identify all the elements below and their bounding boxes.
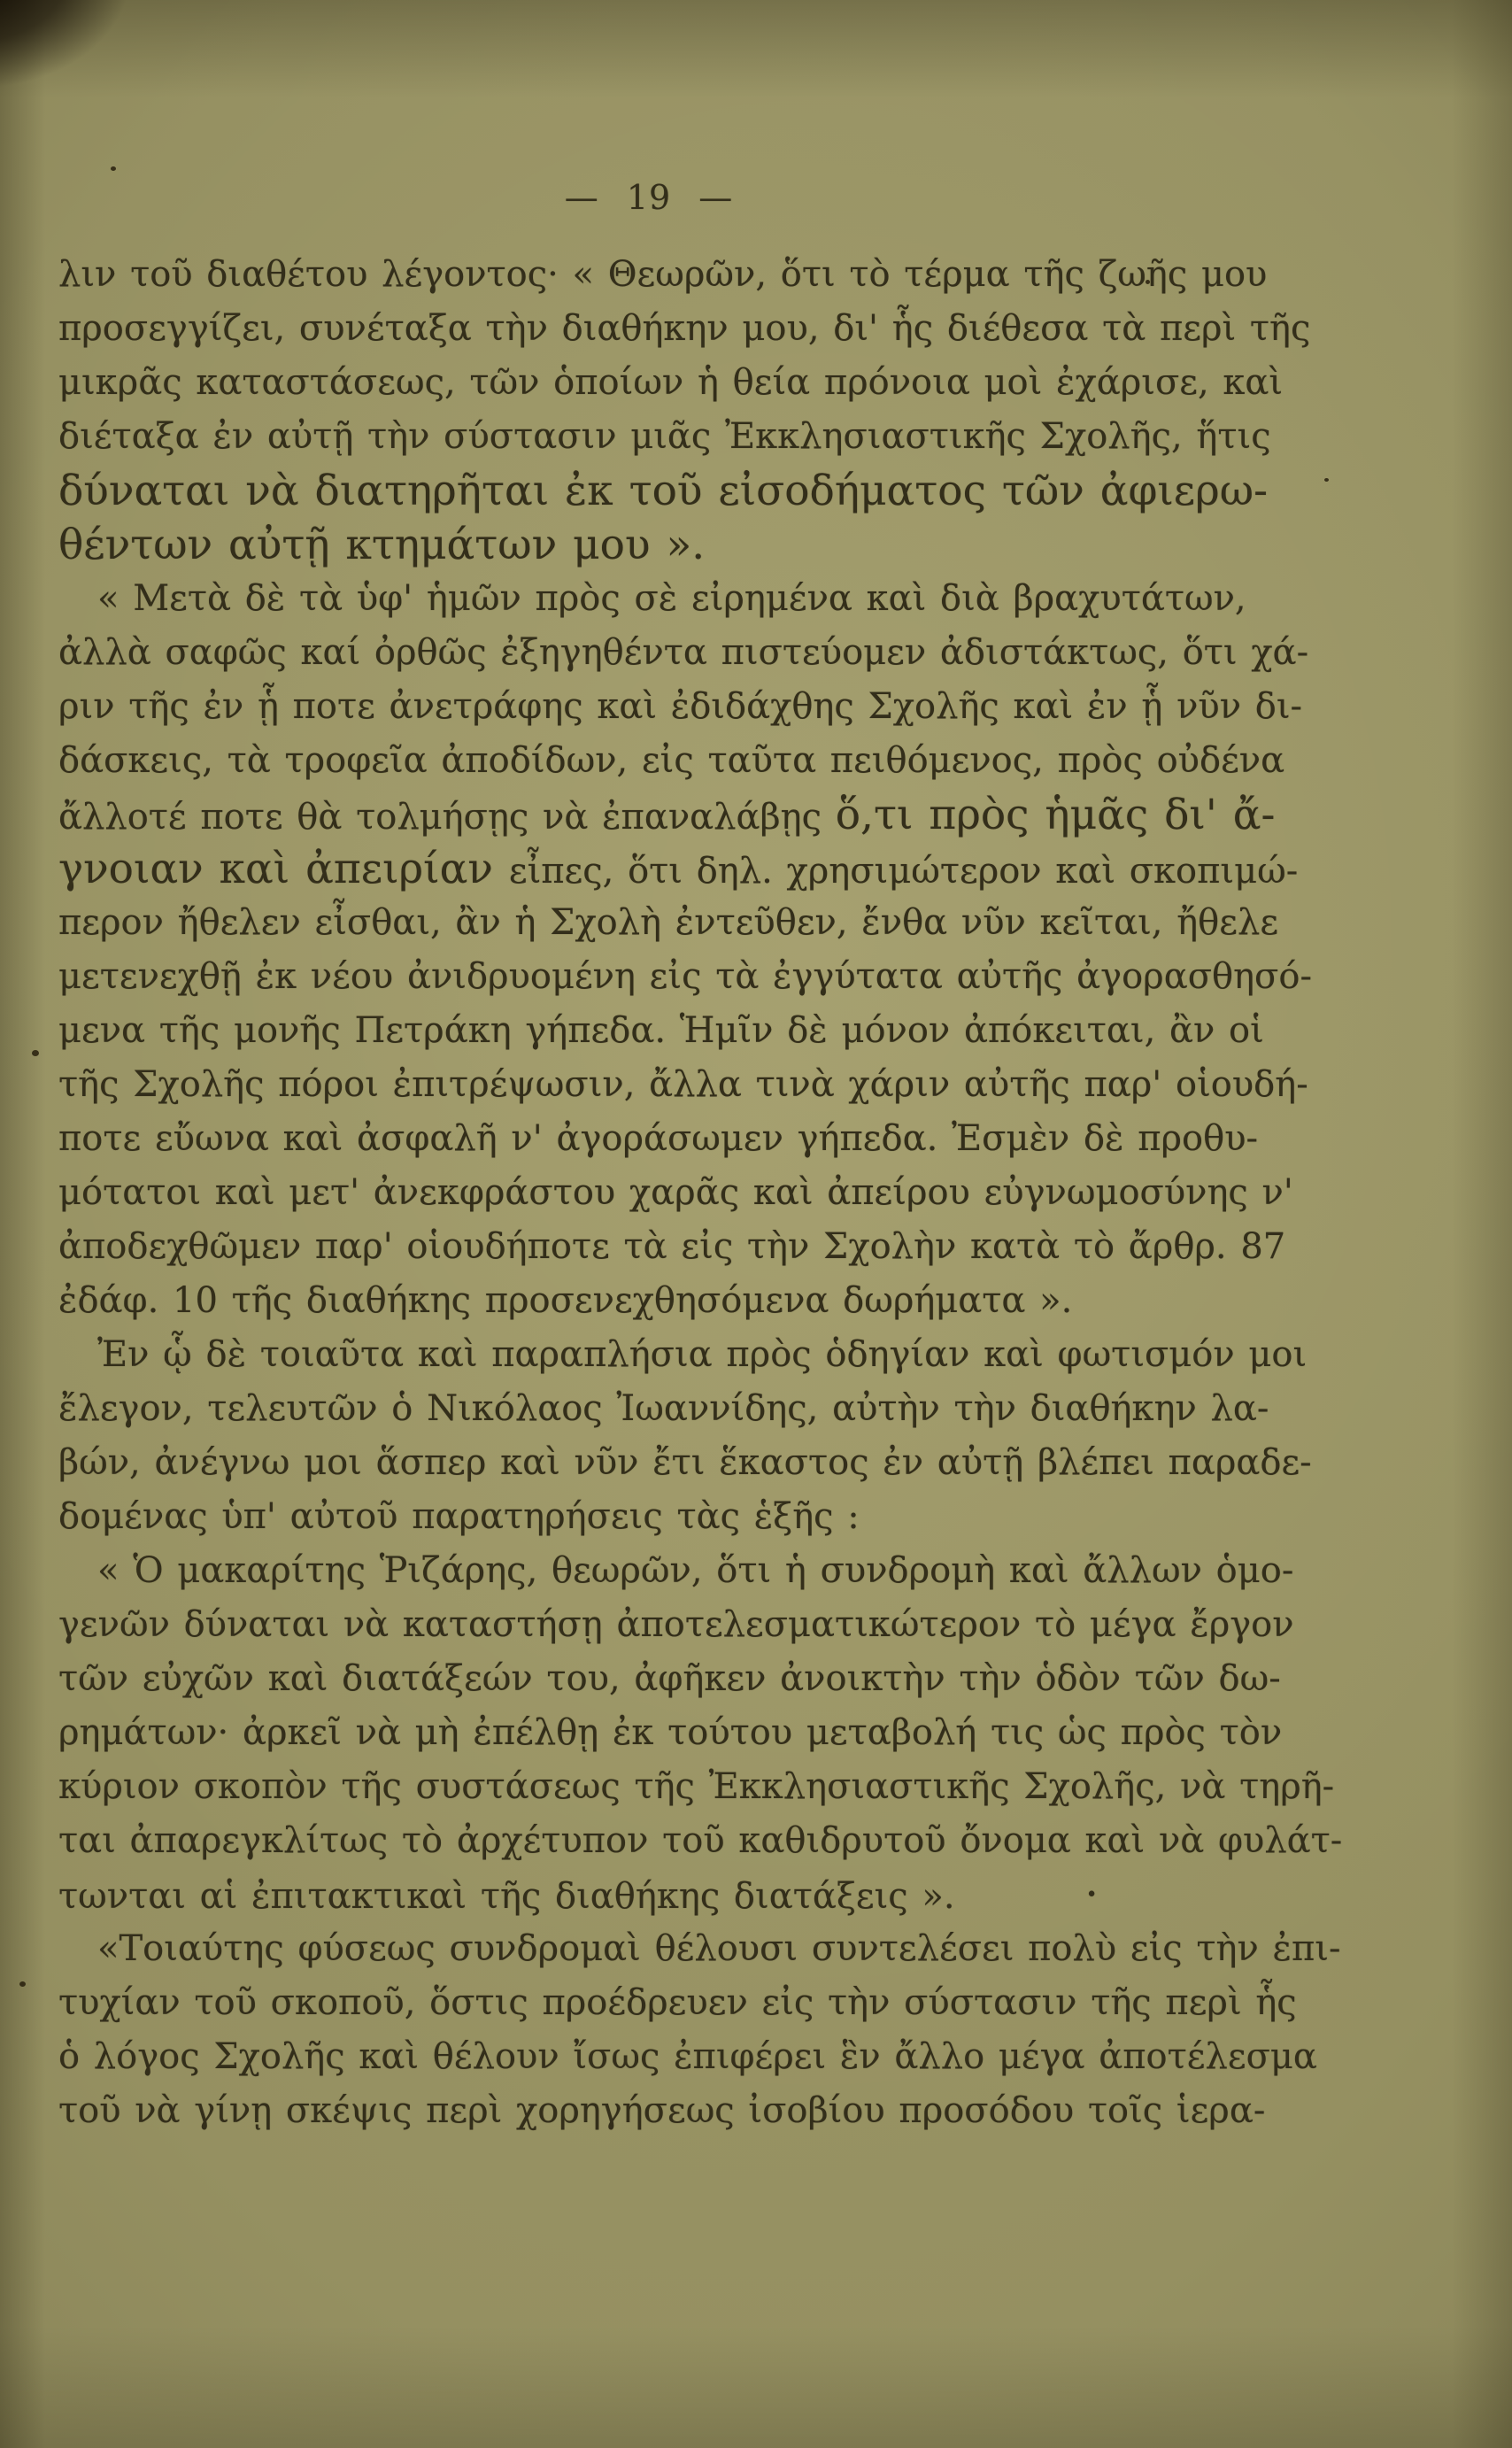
text-line: μικρᾶς καταστάσεως, τῶν ὁποίων ἡ θεία πρ… <box>58 356 1239 410</box>
text-line: «Τοιαύτης φύσεως συνδρομαὶ θέλουσι συντε… <box>58 1922 1239 1976</box>
text-segment: ἀποδεχθῶμεν παρ' οἱουδήποτε τὰ εἰς τὴν Σ… <box>58 1226 1285 1267</box>
text-segment: ἀλλὰ σαφῶς καί ὀρθῶς ἐξηγηθέντα πιστεύομ… <box>58 632 1308 673</box>
text-segment: γνοιαν καὶ ἀπειρίαν <box>58 845 509 893</box>
scan-speck <box>1324 478 1329 482</box>
text-segment: μετενεχθῇ ἐκ νέου ἀνιδρυομένη εἰς τὰ ἐγγ… <box>58 956 1312 997</box>
text-segment: προσεγγίζει, συνέταξα τὴν διαθήκην μου, … <box>58 308 1310 349</box>
text-segment: ἄλλοτέ ποτε θὰ τολμήσῃς νὰ ἐπαναλάβῃς <box>58 797 836 838</box>
scan-speck <box>32 1050 39 1056</box>
text-line: κύριον σκοπὸν τῆς συστάσεως τῆς Ἐκκλησια… <box>58 1760 1239 1814</box>
text-segment: « Ὁ μακαρίτης Ῥιζάρης, θεωρῶν, ὅτι ἡ συν… <box>97 1550 1293 1591</box>
text-line: τοῦ νὰ γίνῃ σκέψις περὶ χορηγήσεως ἰσοβί… <box>58 2084 1239 2138</box>
text-line: βών, ἀνέγνω μοι ἅσπερ καὶ νῦν ἔτι ἕκαστο… <box>58 1436 1239 1490</box>
text-segment: κύριον σκοπὸν τῆς συστάσεως τῆς Ἐκκλησια… <box>58 1766 1334 1807</box>
text-segment: τῆς Σχολῆς πόροι ἐπιτρέψωσιν, ἄλλα τινὰ … <box>58 1064 1308 1105</box>
text-line: δομένας ὑπ' αὐτοῦ παρατηρήσεις τὰς ἑξῆς … <box>58 1490 1239 1544</box>
text-segment: τωνται αἱ ἐπιτακτικαὶ τῆς διαθήκης διατά… <box>58 1876 955 1917</box>
text-line: ἀποδεχθῶμεν παρ' οἱουδήποτε τὰ εἰς τὴν Σ… <box>58 1220 1239 1274</box>
text-segment: Ἐν ᾧ δὲ τοιαῦτα καὶ παραπλήσια πρὸς ὁδηγ… <box>97 1334 1307 1375</box>
text-segment: δομένας ὑπ' αὐτοῦ παρατηρήσεις τὰς ἑξῆς … <box>58 1496 860 1537</box>
text-segment: διέταξα ἐν αὐτῇ τὴν σύστασιν μιᾶς Ἐκκλησ… <box>58 416 1271 457</box>
text-segment: « Μετὰ δὲ τὰ ὑφ' ἡμῶν πρὸς σὲ εἰρημένα κ… <box>97 578 1246 619</box>
text-segment: μότατοι καὶ μετ' ἀνεκφράστου χαρᾶς καὶ ἀ… <box>58 1172 1293 1213</box>
page-number-header: — 19 — <box>58 180 1239 215</box>
text-segment: ὅ,τι πρὸς ἡμᾶς δι' ἄ- <box>836 791 1276 839</box>
scan-speck <box>19 1981 26 1987</box>
text-segment: μικρᾶς καταστάσεως, τῶν ὁποίων ἡ θεία πρ… <box>58 362 1283 403</box>
text-line: προσεγγίζει, συνέταξα τὴν διαθήκην μου, … <box>58 302 1239 356</box>
text-line: τωνται αἱ ἐπιτακτικαὶ τῆς διαθήκης διατά… <box>58 1868 1239 1922</box>
text-segment: εἶπες, ὅτι δηλ. χρησιμώτερον καὶ σκοπιμώ… <box>509 851 1298 892</box>
text-segment: ὁ λόγος Σχολῆς καὶ θέλουν ἴσως ἐπιφέρει … <box>58 2036 1317 2077</box>
text-line: μότατοι καὶ μετ' ἀνεκφράστου χαρᾶς καὶ ἀ… <box>58 1166 1239 1220</box>
text-segment: μενα τῆς μονῆς Πετράκη γήπεδα. Ἡμῖν δὲ μ… <box>58 1010 1264 1051</box>
text-line: διέταξα ἐν αὐτῇ τὴν σύστασιν μιᾶς Ἐκκλησ… <box>58 410 1239 464</box>
text-line: μενα τῆς μονῆς Πετράκη γήπεδα. Ἡμῖν δὲ μ… <box>58 1004 1239 1058</box>
text-segment: δύναται νὰ διατηρῆται ἐκ τοῦ εἰσοδήματος… <box>58 467 1268 515</box>
text-segment: τυχίαν τοῦ σκοποῦ, ὅστις προέδρευεν εἰς … <box>58 1982 1297 2023</box>
text-line: γενῶν δύναται νὰ καταστήσῃ ἀποτελεσματικ… <box>58 1598 1239 1652</box>
text-line: ἔλεγον, τελευτῶν ὁ Νικόλαος Ἰωαννίδης, α… <box>58 1382 1239 1436</box>
text-line: Ἐν ᾧ δὲ τοιαῦτα καὶ παραπλήσια πρὸς ὁδηγ… <box>58 1328 1239 1382</box>
scan-speck <box>1146 280 1150 284</box>
text-segment: τοῦ νὰ γίνῃ σκέψις περὶ χορηγήσεως ἰσοβί… <box>58 2090 1265 2131</box>
text-line: δύναται νὰ διατηρῆται ἐκ τοῦ εἰσοδήματος… <box>58 464 1239 518</box>
text-line: ἄλλοτέ ποτε θὰ τολμήσῃς νὰ ἐπαναλάβῃς ὅ,… <box>58 788 1239 842</box>
separator-dot: • <box>1086 1884 1098 1906</box>
text-segment: ἔλεγον, τελευτῶν ὁ Νικόλαος Ἰωαννίδης, α… <box>58 1388 1269 1429</box>
text-line: « Μετὰ δὲ τὰ ὑφ' ἡμῶν πρὸς σὲ εἰρημένα κ… <box>58 572 1239 626</box>
text-line: ριν τῆς ἐν ᾗ ποτε ἀνετράφης καὶ ἐδιδάχθη… <box>58 680 1239 734</box>
text-segment: περον ἤθελεν εἶσθαι, ἂν ἡ Σχολὴ ἐντεῦθεν… <box>58 902 1278 943</box>
text-line: ται ἀπαρεγκλίτως τὸ ἀρχέτυπον τοῦ καθιδρ… <box>58 1814 1239 1868</box>
text-line: θέντων αὐτῇ κτημάτων μου ». <box>58 518 1239 572</box>
scanned-book-page: — 19 — λιν τοῦ διαθέτου λέγοντος· « Θεωρ… <box>0 0 1512 2448</box>
text-segment: ρημάτων· ἀρκεῖ νὰ μὴ ἐπέλθῃ ἐκ τούτου με… <box>58 1712 1282 1753</box>
text-segment: τῶν εὐχῶν καὶ διατάξεών του, ἀφῆκεν ἀνοι… <box>58 1658 1281 1699</box>
text-line: περον ἤθελεν εἶσθαι, ἂν ἡ Σχολὴ ἐντεῦθεν… <box>58 896 1239 950</box>
text-segment: γενῶν δύναται νὰ καταστήσῃ ἀποτελεσματικ… <box>58 1604 1294 1645</box>
text-line: « Ὁ μακαρίτης Ῥιζάρης, θεωρῶν, ὅτι ἡ συν… <box>58 1544 1239 1598</box>
text-segment: λιν τοῦ διαθέτου λέγοντος· « Θεωρῶν, ὅτι… <box>58 254 1267 295</box>
text-segment: ποτε εὔωνα καὶ ἀσφαλῆ ν' ἀγοράσωμεν γήπε… <box>58 1118 1258 1159</box>
text-line: τῶν εὐχῶν καὶ διατάξεών του, ἀφῆκεν ἀνοι… <box>58 1652 1239 1706</box>
text-line: δάσκεις, τὰ τροφεῖα ἀποδίδων, εἰς ταῦτα … <box>58 734 1239 788</box>
text-segment: «Τοιαύτης φύσεως συνδρομαὶ θέλουσι συντε… <box>97 1928 1340 1969</box>
text-line: ποτε εὔωνα καὶ ἀσφαλῆ ν' ἀγοράσωμεν γήπε… <box>58 1112 1239 1166</box>
page-text-block: λιν τοῦ διαθέτου λέγοντος· « Θεωρῶν, ὅτι… <box>58 248 1239 2138</box>
text-segment: ἐδάφ. 10 τῆς διαθήκης προσενεχθησόμενα δ… <box>58 1280 1072 1321</box>
text-segment: δάσκεις, τὰ τροφεῖα ἀποδίδων, εἰς ταῦτα … <box>58 740 1284 781</box>
text-line: γνοιαν καὶ ἀπειρίαν εἶπες, ὅτι δηλ. χρησ… <box>58 842 1239 896</box>
text-line: τυχίαν τοῦ σκοποῦ, ὅστις προέδρευεν εἰς … <box>58 1976 1239 2030</box>
text-line: μετενεχθῇ ἐκ νέου ἀνιδρυομένη εἰς τὰ ἐγγ… <box>58 950 1239 1004</box>
text-line: ὁ λόγος Σχολῆς καὶ θέλουν ἴσως ἐπιφέρει … <box>58 2030 1239 2084</box>
text-segment: ριν τῆς ἐν ᾗ ποτε ἀνετράφης καὶ ἐδιδάχθη… <box>58 686 1302 727</box>
scan-speck <box>111 166 116 171</box>
text-segment: θέντων αὐτῇ κτημάτων μου ». <box>58 521 705 569</box>
text-segment: βών, ἀνέγνω μοι ἅσπερ καὶ νῦν ἔτι ἕκαστο… <box>58 1442 1312 1483</box>
text-segment: ται ἀπαρεγκλίτως τὸ ἀρχέτυπον τοῦ καθιδρ… <box>58 1820 1342 1861</box>
text-line: λιν τοῦ διαθέτου λέγοντος· « Θεωρῶν, ὅτι… <box>58 248 1239 302</box>
text-line: ἐδάφ. 10 τῆς διαθήκης προσενεχθησόμενα δ… <box>58 1274 1239 1328</box>
text-line: ρημάτων· ἀρκεῖ νὰ μὴ ἐπέλθῃ ἐκ τούτου με… <box>58 1706 1239 1760</box>
text-line: ἀλλὰ σαφῶς καί ὀρθῶς ἐξηγηθέντα πιστεύομ… <box>58 626 1239 680</box>
text-line: τῆς Σχολῆς πόροι ἐπιτρέψωσιν, ἄλλα τινὰ … <box>58 1058 1239 1112</box>
